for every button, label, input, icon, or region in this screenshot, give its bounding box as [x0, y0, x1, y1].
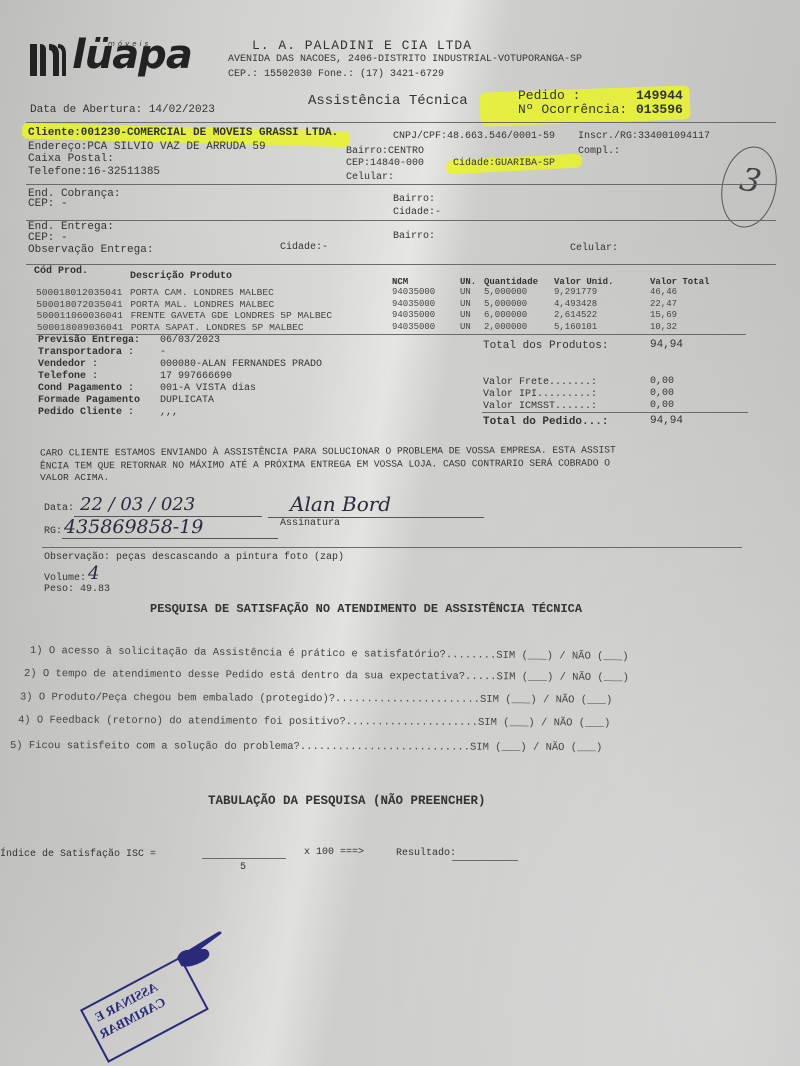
item-cell: 2,000000	[484, 322, 527, 332]
notice-line-1: CARO CLIENTE ESTAMOS ENVIANDO À ASSISTÊN…	[40, 444, 616, 458]
order-info-label: Pedido Cliente :	[38, 407, 134, 418]
item-cell: 2,614522	[554, 310, 597, 320]
rg-line	[62, 538, 278, 539]
order-info-label: Formade Pagamento	[38, 395, 140, 406]
col-header-description: Descrição Produto	[130, 271, 232, 282]
icmsst-value: 0,00	[650, 400, 674, 411]
order-info-value: 000080-ALAN FERNANDES PRADO	[160, 359, 322, 370]
item-cell: FRENTE GAVETA GDE LONDRES 5P MALBEC	[131, 310, 333, 321]
client-name: Cliente:001230-COMERCIAL DE MOVEIS GRASS…	[28, 127, 338, 139]
delivery-bairro: Bairro:	[393, 231, 435, 242]
item-cell: 94035000	[392, 299, 435, 309]
delivery-mobile: Celular:	[570, 243, 618, 254]
logo-mark-icon	[28, 42, 68, 78]
occurrence-label: Nº Ocorrência:	[518, 102, 627, 117]
col-header-unit-value: Valor Unid.	[554, 277, 613, 287]
survey-question-3[interactable]: 3) O Produto/Peça chegou bem embalado (p…	[20, 691, 612, 706]
client-compl: Compl.:	[578, 146, 620, 157]
company-address: AVENIDA DAS NACOES, 2406-DISTRITO INDUST…	[228, 54, 582, 65]
item-cell: 9,291779	[554, 287, 597, 297]
item-cell: 46,46	[650, 287, 677, 297]
divider	[36, 334, 746, 335]
item-cell: 10,32	[650, 322, 677, 332]
divider	[26, 122, 776, 123]
order-total-label: Total do Pedido...:	[483, 416, 608, 428]
billing-city: Cidade:-	[393, 207, 441, 218]
company-name: L. A. PALADINI E CIA LTDA	[252, 38, 472, 53]
isc-denominator: 5	[240, 862, 246, 873]
logo-wordmark: lüapa	[72, 32, 192, 78]
handwritten-date[interactable]: 22 / 03 / 023	[80, 494, 195, 515]
item-cell: 500018072035041	[36, 299, 122, 310]
signature-label: Assinatura	[280, 518, 340, 529]
item-cell: 94035000	[392, 322, 435, 332]
result-label: Resultado:	[396, 848, 456, 859]
order-label: Pedido :	[518, 88, 580, 103]
item-cell: 15,69	[650, 310, 677, 320]
tabulation-title: TABULAÇÃO DA PESQUISA (NÃO PREENCHER)	[208, 794, 486, 808]
ipi-label: Valor IPI.........:	[483, 389, 597, 400]
item-cell: UN	[460, 287, 471, 297]
col-header-code: Cód Prod.	[34, 266, 88, 277]
order-info-label: Vendedor :	[38, 359, 98, 370]
item-cell: PORTA SAPAT. LONDRES 5P MALBEC	[131, 322, 304, 333]
client-po-box: Caixa Postal:	[28, 153, 114, 165]
client-cep: CEP:14840-000	[346, 158, 424, 169]
result-line[interactable]	[452, 860, 518, 861]
order-info-label: Cond Pagamento :	[38, 383, 134, 394]
client-bairro: Bairro:CENTRO	[346, 146, 424, 157]
item-cell: UN	[460, 322, 471, 332]
item-cell: 500018012035041	[36, 287, 122, 298]
billing-bairro: Bairro:	[393, 194, 435, 205]
isc-multiplier: x 100 ===>	[304, 847, 364, 858]
handwritten-signature[interactable]: Alan Bord	[290, 492, 391, 516]
divider	[482, 412, 748, 413]
item-cell: 4,493428	[554, 299, 597, 309]
order-info-label: Telefone :	[38, 371, 98, 382]
item-cell: PORTA MAL. LONDRES MALBEC	[130, 299, 274, 310]
ipi-value: 0,00	[650, 388, 674, 399]
order-info-value: 17 997666690	[160, 371, 232, 382]
item-cell: 94035000	[392, 287, 435, 297]
divider	[42, 547, 742, 548]
col-header-unit: UN.	[460, 277, 476, 287]
order-info-label: Transportadora :	[38, 347, 134, 358]
handwritten-volume[interactable]: 4	[88, 563, 99, 584]
item-cell: 500011060036041	[37, 310, 123, 321]
client-inscr: Inscr./RG:334001094117	[578, 131, 710, 142]
item-cell: 94035000	[392, 310, 435, 320]
weight: Peso: 49.83	[44, 584, 110, 595]
client-phone: Telefone:16-32511385	[28, 166, 160, 178]
item-cell: 22,47	[650, 299, 677, 309]
survey-question-2[interactable]: 2) O tempo de atendimento desse Pedido e…	[24, 668, 629, 684]
company-logo: móveis lüapa	[28, 38, 208, 88]
order-number: 149944	[636, 88, 683, 103]
opening-date: Data de Abertura: 14/02/2023	[30, 104, 215, 116]
delivery-cep: CEP: -	[28, 232, 68, 244]
date-label: Data:	[44, 503, 74, 514]
notice-line-2: ÊNCIA TEM QUE RETORNAR NO MÁXIMO ATÉ A P…	[40, 458, 610, 472]
products-total-label: Total dos Produtos:	[483, 340, 608, 352]
observation: Observação: peças descascando a pintura …	[44, 552, 344, 563]
handwritten-rg[interactable]: 435869858-19	[64, 516, 203, 538]
item-cell: UN	[460, 299, 471, 309]
survey-question-5[interactable]: 5) Ficou satisfeito com a solução do pro…	[10, 740, 602, 754]
item-cell: UN	[460, 310, 471, 320]
client-mobile: Celular:	[346, 172, 394, 183]
survey-title: PESQUISA DE SATISFAÇÃO NO ATENDIMENTO DE…	[150, 602, 582, 616]
icmsst-label: Valor ICMSST......:	[483, 401, 597, 412]
freight-label: Valor Frete.......:	[483, 377, 597, 388]
billing-cep: CEP: -	[28, 198, 68, 210]
col-header-total-value: Valor Total	[650, 277, 709, 287]
item-cell: 500018089036041	[37, 322, 123, 333]
order-info-value: DUPLICATA	[160, 395, 214, 406]
volume-label: Volume:	[44, 573, 86, 584]
handwritten-circled-mark: 3	[714, 141, 784, 232]
divider	[26, 264, 776, 265]
document-title: Assistência Técnica	[308, 93, 468, 109]
item-cell: 5,160101	[554, 322, 597, 332]
order-info-value: 06/03/2023	[160, 335, 220, 346]
item-cell: PORTA CAM. LONDRES MALBEC	[130, 287, 274, 298]
delivery-observation: Observação Entrega:	[28, 244, 153, 256]
products-total-value: 94,94	[650, 339, 683, 351]
notice-line-3: VALOR ACIMA.	[40, 472, 109, 483]
freight-value: 0,00	[650, 376, 674, 387]
divider	[26, 184, 776, 185]
item-cell: 5,000000	[484, 299, 527, 309]
order-info-value: ,,,	[160, 407, 178, 418]
order-info-value: 001-A VISTA dias	[160, 383, 256, 394]
pointing-hand-icon	[173, 926, 237, 975]
delivery-city: Cidade:-	[280, 242, 328, 253]
occurrence-number: 013596	[636, 102, 683, 117]
survey-question-1[interactable]: 1) O acesso à solicitação da Assistência…	[30, 645, 629, 663]
order-info-label: Previsão Entrega:	[38, 335, 140, 346]
rg-label: RG:	[44, 526, 62, 537]
isc-label: Índice de Satisfação ISC =	[0, 849, 156, 860]
col-header-quantity: Quantidade	[484, 277, 538, 287]
company-cep-phone: CEP.: 15502030 Fone.: (17) 3421-6729	[228, 69, 444, 80]
client-address: Endereço:PCA SILVIO VAZ DE ARRUDA 59	[28, 141, 266, 153]
order-info-value: -	[160, 347, 166, 358]
isc-numerator-line[interactable]	[202, 858, 286, 859]
item-cell: 5,000000	[484, 287, 527, 297]
item-cell: 6,000000	[484, 310, 527, 320]
order-total-value: 94,94	[650, 415, 683, 427]
divider	[26, 220, 776, 221]
survey-question-4[interactable]: 4) O Feedback (retorno) do atendimento f…	[18, 714, 610, 729]
client-city: Cidade:GUARIBA-SP	[453, 158, 555, 169]
sign-and-stamp-stamp: ASSINAR E CARIMBAR	[71, 898, 290, 1066]
col-header-ncm: NCM	[392, 277, 408, 287]
client-cnpj: CNPJ/CPF:48.663.546/0001-59	[393, 131, 555, 142]
